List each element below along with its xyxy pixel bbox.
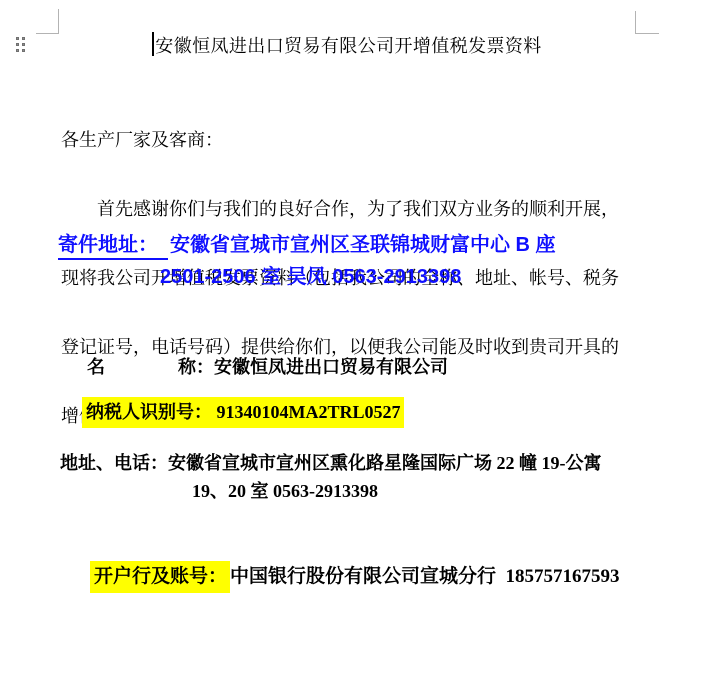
address-phone-line1[interactable]: 地址、电话：安徽省宣城市宣州区熏化路星隆国际广场 22 幢 19-公寓	[60, 449, 602, 475]
document-page[interactable]: { "colors": { "text": "#000000", "blue_t…	[0, 0, 711, 684]
drag-handle-icon[interactable]	[16, 37, 25, 52]
company-name-value: 安徽恒凤进出口贸易有限公司	[214, 357, 448, 377]
taxpayer-id-highlight: 纳税人识别号： 91340104MA2TRL0527	[82, 397, 404, 428]
page-corner-mark-top-right-horizontal	[635, 33, 659, 34]
mailing-address-line2[interactable]: 2501-2506 室 吴凤 0563-2913398	[160, 260, 461, 289]
bank-account-line[interactable]: 开户行及账号：中国银行股份有限公司宣城分行 185757167593	[90, 561, 620, 588]
mailing-address-line1[interactable]: 寄件地址：安徽省宣城市宣州区圣联锦城财富中心 B 座	[58, 228, 556, 260]
taxpayer-id-line[interactable]: 纳税人识别号： 91340104MA2TRL0527	[82, 398, 404, 424]
company-name-label-left: 名	[87, 357, 105, 377]
page-corner-mark-top-left-horizontal	[36, 33, 59, 34]
paragraph-line: 各生产厂家及客商：	[61, 129, 651, 152]
document-title: 安徽恒凤进出口贸易有限公司开增值税发票资料	[155, 36, 541, 56]
page-corner-mark-top-right-vertical	[635, 11, 636, 34]
bank-account-value: 中国银行股份有限公司宣城分行 185757167593	[230, 566, 620, 587]
text-cursor-icon	[152, 32, 154, 56]
paragraph-line: 首先感谢你们与我们的良好合作，为了我们双方业务的顺利开展，	[61, 198, 651, 221]
mailing-address-label: 寄件地址：	[58, 228, 168, 260]
taxpayer-id-value: 91340104MA2TRL0527	[212, 402, 401, 422]
taxpayer-id-label: 纳税人识别号：	[86, 402, 212, 422]
document-title-line[interactable]: 安徽恒凤进出口贸易有限公司开增值税发票资料	[58, 32, 636, 58]
bank-account-label-highlight: 开户行及账号：	[90, 561, 230, 593]
company-name-line[interactable]: 名称：安徽恒凤进出口贸易有限公司	[87, 353, 448, 379]
company-name-label-right: 称：	[178, 357, 214, 377]
page-corner-mark-top-left-vertical	[58, 9, 59, 34]
address-phone-line2[interactable]: 19、20 室 0563-2913398	[192, 477, 378, 503]
mailing-address-value: 安徽省宣城市宣州区圣联锦城财富中心 B 座	[170, 234, 556, 256]
